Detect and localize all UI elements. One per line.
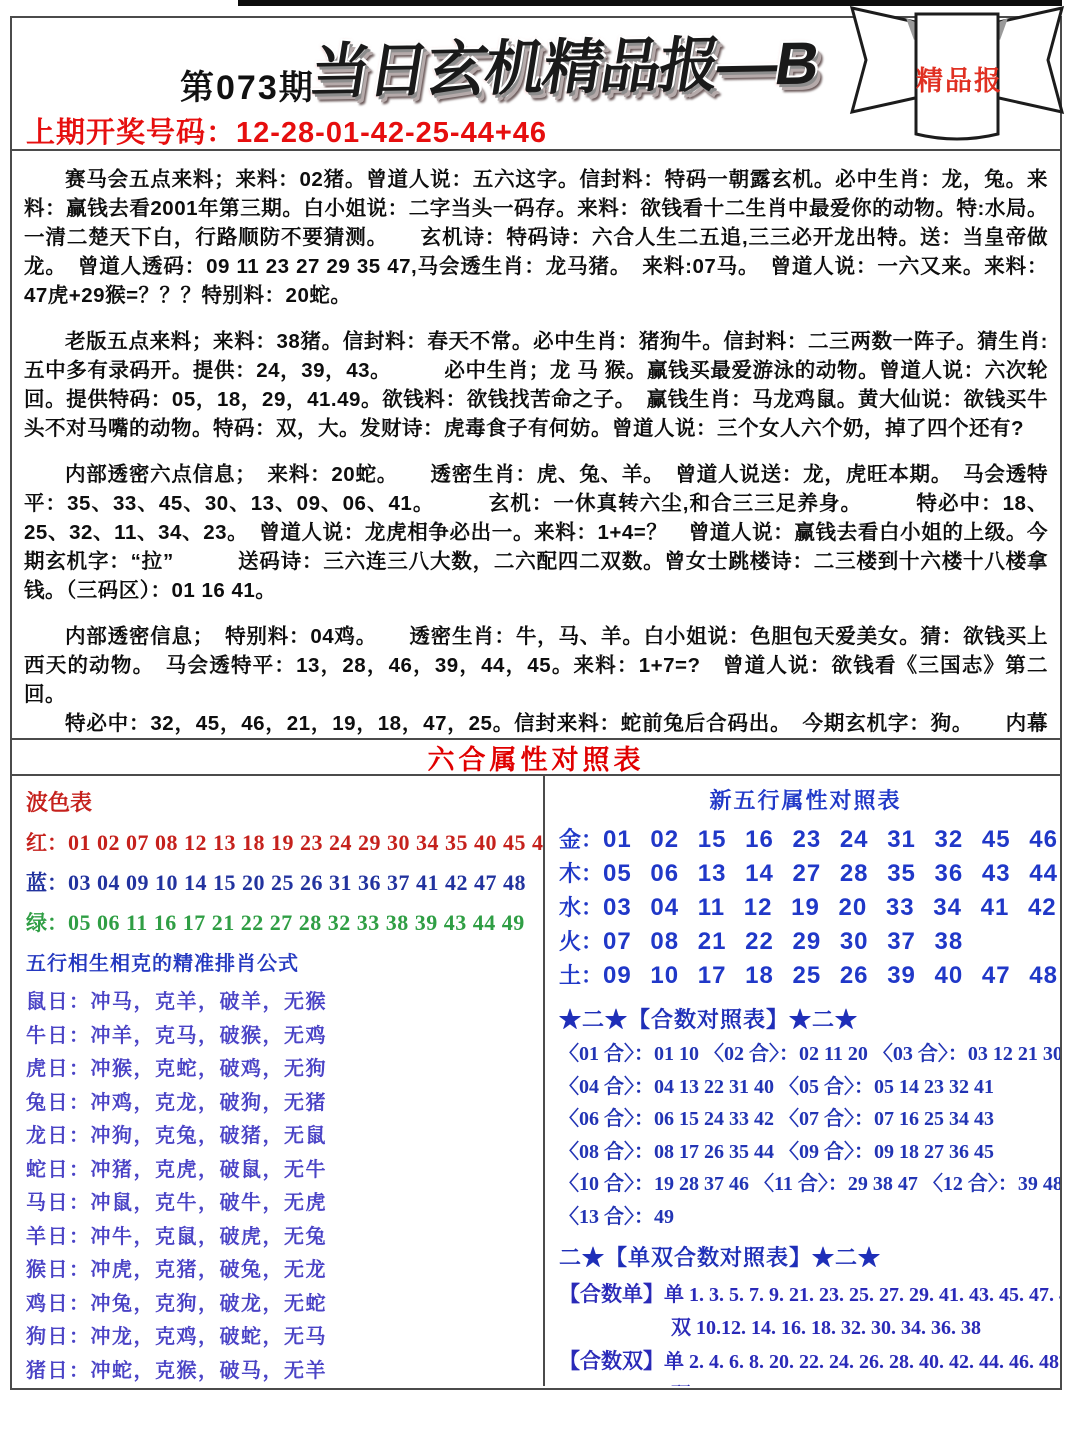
zodiac-day-row: 兔日：冲鸡，克龙，破狗，无猪 <box>26 1087 537 1121</box>
tables-columns: 波色表 红：01 02 07 08 12 13 18 19 23 24 29 3… <box>12 776 1060 1386</box>
tips-paragraph-1: 赛马会五点来料；来料：02猪。曾道人说：五六这字。信封料：特码一朝露玄机。必中生… <box>24 165 1048 310</box>
element-numbers: 05 06 13 14 27 28 35 36 43 44 <box>603 860 1058 887</box>
element-row-fire: 火：07 08 21 22 29 30 37 38 <box>559 925 1052 959</box>
zodiac-day-row: 虎日：冲猴，克蛇，破鸡，无狗 <box>26 1053 537 1087</box>
zodiac-day-row: 牛日：冲羊，克马，破猴，无鸡 <box>26 1020 537 1054</box>
element-label: 木： <box>559 861 603 886</box>
red-wave-numbers: 01 02 07 08 12 13 18 19 23 24 29 30 34 3… <box>68 830 545 855</box>
zodiac-day-row: 狗日：冲龙，克鸡，破蛇，无马 <box>26 1321 537 1355</box>
header: 第073期 当日玄机精品报—B 上期开奖号码：12-28-01-42-25-44… <box>12 18 1060 151</box>
tips-paragraph-4: 内部透密信息； 特别料：04鸡。 透密生肖：牛，马、羊。白小姐说：色胆包天爱美女… <box>24 622 1048 709</box>
five-elements-formula-title: 五行相生相克的精准排肖公式 <box>26 947 537 976</box>
zodiac-day-row: 蛇日：冲猪，克虎，破鼠，无牛 <box>26 1154 537 1188</box>
element-numbers: 09 10 17 18 25 26 39 40 47 48 <box>603 962 1058 989</box>
element-label: 土： <box>559 963 603 988</box>
sum-table-row: 〈10 合〉：19 28 37 46 〈11 合〉：29 38 47 〈12 合… <box>559 1168 1052 1201</box>
sum-even-row: 【合数双】单 2. 4. 6. 8. 20. 22. 24. 26. 28. 4… <box>559 1345 1052 1379</box>
element-label: 金： <box>559 827 603 852</box>
previous-draw-numbers: 上期开奖号码：12-28-01-42-25-44+46 <box>26 110 547 151</box>
sum-table-row: 〈01 合〉：01 10 〈02 合〉：02 11 20 〈03 合〉：03 1… <box>559 1038 1052 1071</box>
attribute-table-band: 六合属性对照表 <box>12 738 1060 776</box>
zodiac-day-row: 猪日：冲蛇，克猴，破马，无羊 <box>26 1355 537 1387</box>
blue-wave-label: 蓝： <box>26 872 68 895</box>
sum-table-row: 〈08 合〉：08 17 26 35 44 〈09 合〉：09 18 27 36… <box>559 1136 1052 1169</box>
sum-even-numbers: 单 2. 4. 6. 8. 20. 22. 24. 26. 28. 40. 42… <box>664 1351 1059 1373</box>
blue-wave-row: 蓝：03 04 09 10 14 15 20 25 26 31 36 37 41… <box>26 867 537 897</box>
ribbon-label: 精品报 <box>916 65 1003 96</box>
newspaper-page: 第073期 当日玄机精品报—B 上期开奖号码：12-28-01-42-25-44… <box>0 0 1080 1440</box>
tips-section: 赛马会五点来料；来料：02猪。曾道人说：五六这字。信封料：特码一朝露玄机。必中生… <box>12 151 1060 738</box>
issue-number: 第073期 <box>180 60 315 109</box>
blue-wave-numbers: 03 04 09 10 14 15 20 25 26 31 36 37 41 4… <box>68 870 526 895</box>
sum-table-row: 〈04 合〉：04 13 22 31 40 〈05 合〉：05 14 23 32… <box>559 1071 1052 1104</box>
content-frame: 第073期 当日玄机精品报—B 上期开奖号码：12-28-01-42-25-44… <box>10 16 1062 1390</box>
green-wave-label: 绿： <box>26 912 68 935</box>
element-row-water: 水：03 04 11 12 19 20 33 34 41 42 49 <box>559 891 1052 925</box>
red-wave-row: 红：01 02 07 08 12 13 18 19 23 24 29 30 34… <box>26 827 537 857</box>
element-numbers: 01 02 15 16 23 24 31 32 45 46 <box>603 826 1058 853</box>
sum-table-row: 〈13 合〉：49 <box>559 1201 1052 1234</box>
attribute-table-title: 六合属性对照表 <box>428 738 645 777</box>
element-label: 火： <box>559 929 603 954</box>
zodiac-day-row: 龙日：冲狗，克兔，破猪，无鼠 <box>26 1120 537 1154</box>
zodiac-day-row: 猴日：冲虎，克猪，破兔，无龙 <box>26 1254 537 1288</box>
sum-odd-label: 【合数单】 <box>559 1283 664 1306</box>
five-elements-table-title: 新五行属性对照表 <box>559 784 1052 815</box>
red-wave-label: 红： <box>26 832 68 855</box>
sum-table-header: ★二★【合数对照表】★二★ <box>559 1003 1052 1034</box>
element-numbers: 07 08 21 22 29 30 37 38 <box>603 928 963 955</box>
zodiac-day-row: 鸡日：冲兔，克狗，破龙，无蛇 <box>26 1288 537 1322</box>
sum-odd-row: 【合数单】单 1. 3. 5. 7. 9. 21. 23. 25. 27. 29… <box>559 1278 1052 1312</box>
sum-even-even-numbers: 双 11. 13. 15. 17. 19. 31. 33. 35. 37. 39 <box>559 1379 1052 1386</box>
tips-paragraph-3: 内部透密六点信息； 来料：20蛇。 透密生肖：虎、兔、羊。 曾道人说送：龙，虎旺… <box>24 460 1048 605</box>
element-row-wood: 木：05 06 13 14 27 28 35 36 43 44 <box>559 857 1052 891</box>
sum-odd-numbers: 单 1. 3. 5. 7. 9. 21. 23. 25. 27. 29. 41.… <box>664 1284 1060 1306</box>
element-row-earth: 土：09 10 17 18 25 26 39 40 47 48 <box>559 959 1052 993</box>
element-label: 水： <box>559 895 603 920</box>
sum-odd-even-numbers: 双 10.12. 14. 16. 18. 32. 30. 34. 36. 38 <box>559 1312 1052 1345</box>
tips-paragraph-5: 特必中：32，45，46，21，19，18，47，25。信封来料：蛇前兔后合码出… <box>24 709 1048 738</box>
sum-even-label: 【合数双】 <box>559 1350 664 1373</box>
right-column: 新五行属性对照表 金：01 02 15 16 23 24 31 32 45 46… <box>545 776 1060 1386</box>
green-wave-row: 绿：05 06 11 16 17 21 22 27 28 32 33 38 39… <box>26 907 537 937</box>
element-row-gold: 金：01 02 15 16 23 24 31 32 45 46 <box>559 823 1052 857</box>
ribbon-banner: 精品报 <box>846 0 1068 150</box>
zodiac-day-row: 羊日：冲牛，克鼠，破虎，无兔 <box>26 1221 537 1255</box>
green-wave-numbers: 05 06 11 16 17 21 22 27 28 32 33 38 39 4… <box>68 910 525 935</box>
zodiac-day-row: 鼠日：冲马，克羊，破羊，无猴 <box>26 986 537 1020</box>
wave-color-table-title: 波色表 <box>26 786 537 817</box>
element-numbers: 03 04 11 12 19 20 33 34 41 42 49 <box>603 894 1060 921</box>
masthead-title: 当日玄机精品报—B <box>304 16 824 111</box>
odd-even-sum-table-header: 二★【单双合数对照表】★二★ <box>559 1241 1052 1272</box>
left-column: 波色表 红：01 02 07 08 12 13 18 19 23 24 29 3… <box>12 776 545 1386</box>
zodiac-day-row: 马日：冲鼠，克牛，破牛，无虎 <box>26 1187 537 1221</box>
tips-paragraph-2: 老版五点来料；来料：38猪。信封料：春天不常。必中生肖：猪狗牛。信封料：二三两数… <box>24 327 1048 443</box>
sum-table-row: 〈06 合〉：06 15 24 33 42 〈07 合〉：07 16 25 34… <box>559 1103 1052 1136</box>
